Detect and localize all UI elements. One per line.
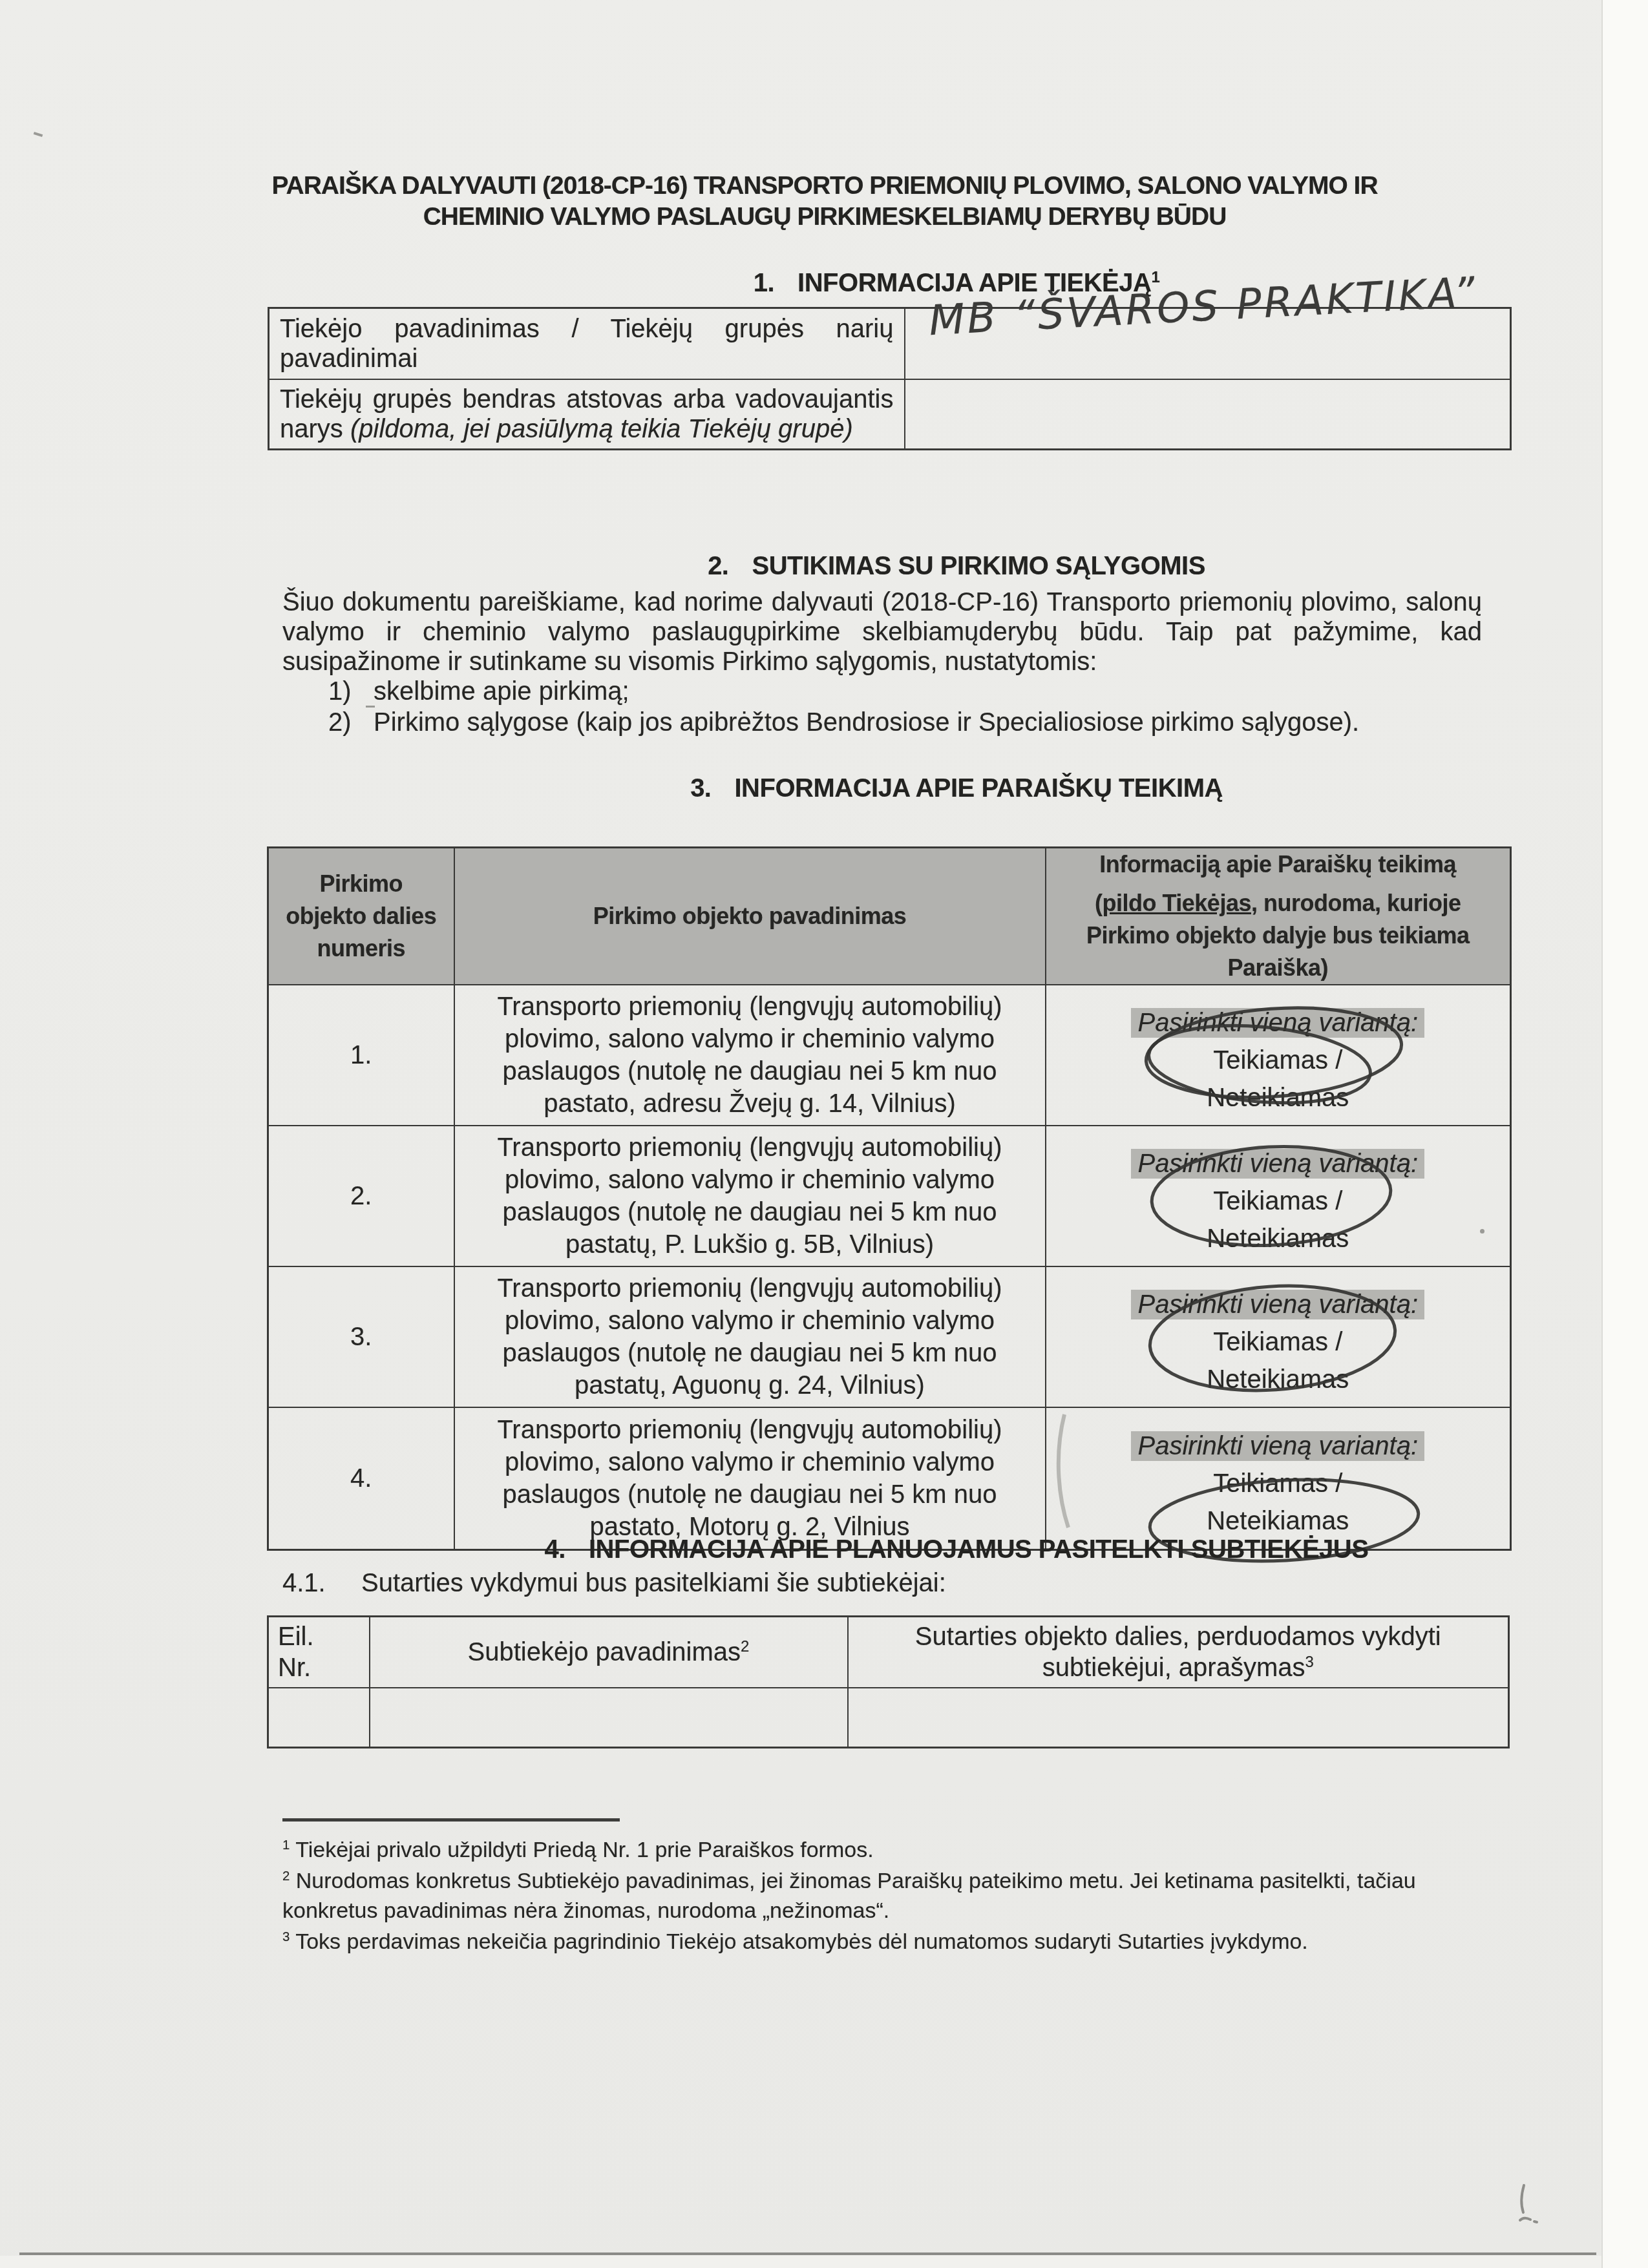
list-item-number: 1): [328, 676, 374, 707]
section2-heading-label: SUTIKIMAS SU PIRKIMO SĄLYGOMIS: [752, 552, 1205, 580]
footnote-ref-1: 1: [1151, 269, 1159, 286]
pen-squiggle-mark: [1515, 2183, 1541, 2228]
section1-number: 1.: [754, 269, 774, 297]
section3-number: 3.: [690, 774, 711, 803]
option-teikiamas: Teikiamas /: [1047, 1182, 1510, 1220]
header-contract-part: Sutarties objekto dalies, perduodamos vy…: [848, 1617, 1509, 1688]
lot-option-cell: Pasirinkti vieną variantą: Teikiamas / N…: [1046, 1126, 1511, 1266]
section4-heading: 4.INFORMACIJA APIE PLANUOJAMUS PASITELKT…: [278, 1535, 1635, 1564]
scan-speck: [34, 132, 43, 137]
subcontractors-empty-row: [268, 1688, 1509, 1748]
subcontractors-table: Eil.Nr. Subtiekėjo pavadinimas2 Sutartie…: [267, 1615, 1510, 1748]
table-row: Tiekėjo pavadinimas / Tiekėjų grupės nar…: [269, 308, 1511, 380]
list-item-text: Pirkimo sąlygose (kaip jos apibrėžtos Be…: [374, 708, 1359, 737]
header-lot-number: Pirkimo objekto dalies numeris: [268, 848, 454, 985]
section3-heading-label: INFORMACIJA APIE PARAIŠKŲ TEIKIMĄ: [734, 774, 1222, 803]
lot-number: 3.: [268, 1266, 454, 1407]
option-teikiamas: Teikiamas /: [1047, 1042, 1510, 1079]
header-lot-info: Informaciją apie Paraiškų teikimą (pildo…: [1046, 848, 1511, 985]
supplier-info-table: Tiekėjo pavadinimas / Tiekėjų grupės nar…: [268, 307, 1512, 450]
scan-speck: [1480, 1229, 1484, 1234]
footnote-ref-3: 3: [1305, 1654, 1314, 1671]
table-row: Tiekėjų grupės bendras atstovas arba vad…: [269, 379, 1511, 450]
footnote-rule: [282, 1818, 620, 1822]
group-representative-label: Tiekėjų grupės bendras atstovas arba vad…: [269, 379, 905, 450]
list-item: 1)skelbime apie pirkimą;: [328, 676, 1359, 707]
scanner-background: [1603, 0, 1648, 2268]
option-prompt: Pasirinkti vieną variantą:: [1047, 1145, 1510, 1182]
section4-number: 4.: [545, 1535, 565, 1564]
page-edge-shadow: [19, 2252, 1596, 2255]
underlined-pildo-tiekejas: pildo Tiekėjas: [1103, 890, 1251, 916]
option-neteikiamas: Neteikiamas: [1047, 1502, 1510, 1540]
lot-option-cell: Pasirinkti vieną variantą: Teikiamas / N…: [1046, 1266, 1511, 1407]
lot-description: Transporto priemonių (lengvųjų automobil…: [454, 1266, 1046, 1407]
lot-row-2: 2. Transporto priemonių (lengvųjų automo…: [268, 1126, 1511, 1266]
lot-description: Transporto priemonių (lengvųjų automobil…: [454, 1407, 1046, 1550]
lot-number: 4.: [268, 1407, 454, 1550]
section3-heading: 3.INFORMACIJA APIE PARAIŠKŲ TEIKIMĄ: [278, 774, 1635, 803]
footnotes: 1 Tiekėjai privalo užpildyti Priedą Nr. …: [282, 1835, 1501, 1958]
lots-table: Pirkimo objekto dalies numeris Pirkimo o…: [267, 846, 1512, 1551]
empty-cell: [370, 1688, 848, 1748]
lot-row-4: 4. Transporto priemonių (lengvųjų automo…: [268, 1407, 1511, 1550]
supplier-name-value-cell: MB “ŠVAROS PRAKTIKA”: [905, 308, 1511, 380]
lots-table-header-row: Pirkimo objekto dalies numeris Pirkimo o…: [268, 848, 1511, 985]
lot-description: Transporto priemonių (lengvųjų automobil…: [454, 1126, 1046, 1266]
paper-sheet: PARAIŠKA DALYVAUTI (2018-CP-16) TRANSPOR…: [0, 0, 1603, 2268]
document-title: PARAIŠKA DALYVAUTI (2018-CP-16) TRANSPOR…: [264, 171, 1386, 233]
lot-description: Transporto priemonių (lengvųjų automobil…: [454, 985, 1046, 1126]
footnote-ref-2: 2: [741, 1638, 749, 1655]
group-representative-value-cell: [905, 379, 1511, 450]
option-neteikiamas: Neteikiamas: [1047, 1079, 1510, 1117]
footnote-2: 2 Nurodomas konkretus Subtiekėjo pavadin…: [282, 1866, 1501, 1926]
list-item-number: 2): [328, 707, 374, 738]
subclause-41-number: 4.1.: [282, 1569, 361, 1598]
option-prompt: Pasirinkti vieną variantą:: [1047, 1427, 1510, 1465]
agreement-list: 1)skelbime apie pirkimą; 2)Pirkimo sąlyg…: [328, 676, 1359, 738]
subclause-41-text: Sutarties vykdymui bus pasitelkiami šie …: [361, 1569, 946, 1597]
option-teikiamas: Teikiamas /: [1047, 1323, 1510, 1361]
header-lot-name: Pirkimo objekto pavadinimas: [454, 848, 1046, 985]
option-neteikiamas: Neteikiamas: [1047, 1361, 1510, 1398]
lot-row-1: 1. Transporto priemonių (lengvųjų automo…: [268, 985, 1511, 1126]
lot-option-cell: Pasirinkti vieną variantą: Teikiamas / N…: [1046, 1407, 1511, 1550]
list-item-text: skelbime apie pirkimą;: [374, 677, 629, 706]
option-teikiamas: Teikiamas /: [1047, 1465, 1510, 1502]
agreement-paragraph: Šiuo dokumentu pareiškiame, kad norime d…: [282, 587, 1482, 677]
group-representative-label-italic: (pildoma, jei pasiūlymą teikia Tiekėjų g…: [350, 415, 853, 443]
list-item: 2)Pirkimo sąlygose (kaip jos apibrėžtos …: [328, 707, 1359, 738]
empty-cell: [268, 1688, 370, 1748]
footnote-3: 3 Toks perdavimas nekeičia pagrindinio T…: [282, 1927, 1501, 1957]
option-neteikiamas: Neteikiamas: [1047, 1220, 1510, 1257]
lot-number: 1.: [268, 985, 454, 1126]
empty-cell: [848, 1688, 1509, 1748]
lot-number: 2.: [268, 1126, 454, 1266]
supplier-name-label: Tiekėjo pavadinimas / Tiekėjų grupės nar…: [269, 308, 905, 380]
option-prompt: Pasirinkti vieną variantą:: [1047, 1004, 1510, 1042]
subclause-41: 4.1.Sutarties vykdymui bus pasitelkiami …: [282, 1569, 946, 1598]
section2-number: 2.: [708, 552, 728, 580]
lot-row-3: 3. Transporto priemonių (lengvųjų automo…: [268, 1266, 1511, 1407]
section2-heading: 2.SUTIKIMAS SU PIRKIMO SĄLYGOMIS: [278, 552, 1635, 581]
scanned-document-page: PARAIŠKA DALYVAUTI (2018-CP-16) TRANSPOR…: [0, 0, 1648, 2268]
subcontractors-header-row: Eil.Nr. Subtiekėjo pavadinimas2 Sutartie…: [268, 1617, 1509, 1688]
lot-option-cell: Pasirinkti vieną variantą: Teikiamas / N…: [1046, 985, 1511, 1126]
footnote-1: 1 Tiekėjai privalo užpildyti Priedą Nr. …: [282, 1835, 1501, 1865]
section4-heading-label: INFORMACIJA APIE PLANUOJAMUS PASITELKTI …: [589, 1535, 1368, 1564]
header-subcontractor-name: Subtiekėjo pavadinimas2: [370, 1617, 848, 1688]
scan-speck: [366, 706, 375, 708]
header-eil-nr: Eil.Nr.: [268, 1617, 370, 1688]
page-below-edge: [0, 2256, 1601, 2268]
option-prompt: Pasirinkti vieną variantą:: [1047, 1286, 1510, 1323]
